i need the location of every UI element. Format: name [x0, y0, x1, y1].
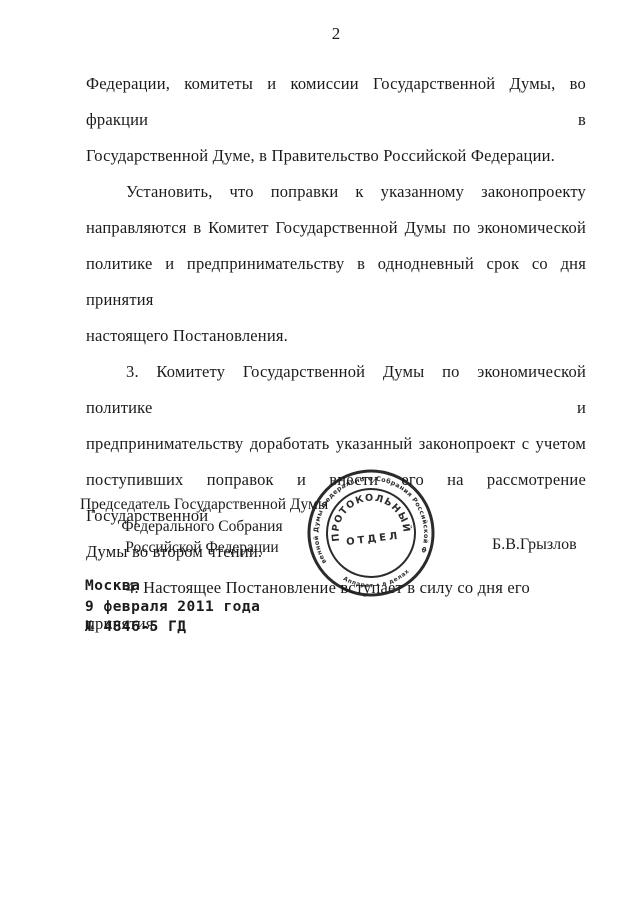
- stamp-center-word: ОТДЕЛ: [346, 530, 401, 548]
- signer-name: Б.В.Грызлов: [492, 536, 577, 554]
- body-line: направляются в Комитет Государственной Д…: [86, 210, 586, 246]
- paragraph: Федерации, комитеты и комиссии Государст…: [86, 66, 586, 174]
- signature-title-line: Председатель Государственной Думы: [80, 494, 324, 516]
- stamp-ring-text: Государственной Думы Федерального Собран…: [305, 468, 433, 568]
- body-line: Государственной Думе, в Правительство Ро…: [86, 138, 586, 174]
- signature-title-line: Федерального Собрания: [80, 516, 324, 538]
- body-line: предпринимательству доработать указанный…: [86, 426, 586, 462]
- footer-city: Москва: [85, 576, 260, 597]
- protocol-department-stamp-seal: Государственной Думы Федерального Собран…: [294, 456, 448, 610]
- body-line: Федерации, комитеты и комиссии Государст…: [86, 66, 586, 138]
- page-number: 2: [86, 24, 586, 44]
- body-line: 3. Комитету Государственной Думы по экон…: [86, 354, 586, 426]
- signature-title-line: Российской Федерации: [80, 537, 324, 559]
- body-line: настоящего Постановления.: [86, 318, 586, 354]
- footer-number: № 4846-5 ГД: [85, 617, 260, 638]
- stamp-seal-icon: Государственной Думы Федерального Собран…: [294, 456, 448, 610]
- document-footer: Москва 9 февраля 2011 года № 4846-5 ГД: [85, 576, 260, 638]
- body-line: Установить, что поправки к указанному за…: [86, 174, 586, 210]
- paragraph: Установить, что поправки к указанному за…: [86, 174, 586, 354]
- scanned-document-page: { "page": { "number": "2" }, "document":…: [0, 0, 640, 905]
- signature-title: Председатель Государственной Думы Федера…: [80, 494, 324, 559]
- footer-date: 9 февраля 2011 года: [85, 597, 260, 618]
- body-line: политике и предпринимательству в однодне…: [86, 246, 586, 318]
- svg-text:Государственной Думы Федеральн: Государственной Думы Федерального Собран…: [305, 468, 433, 568]
